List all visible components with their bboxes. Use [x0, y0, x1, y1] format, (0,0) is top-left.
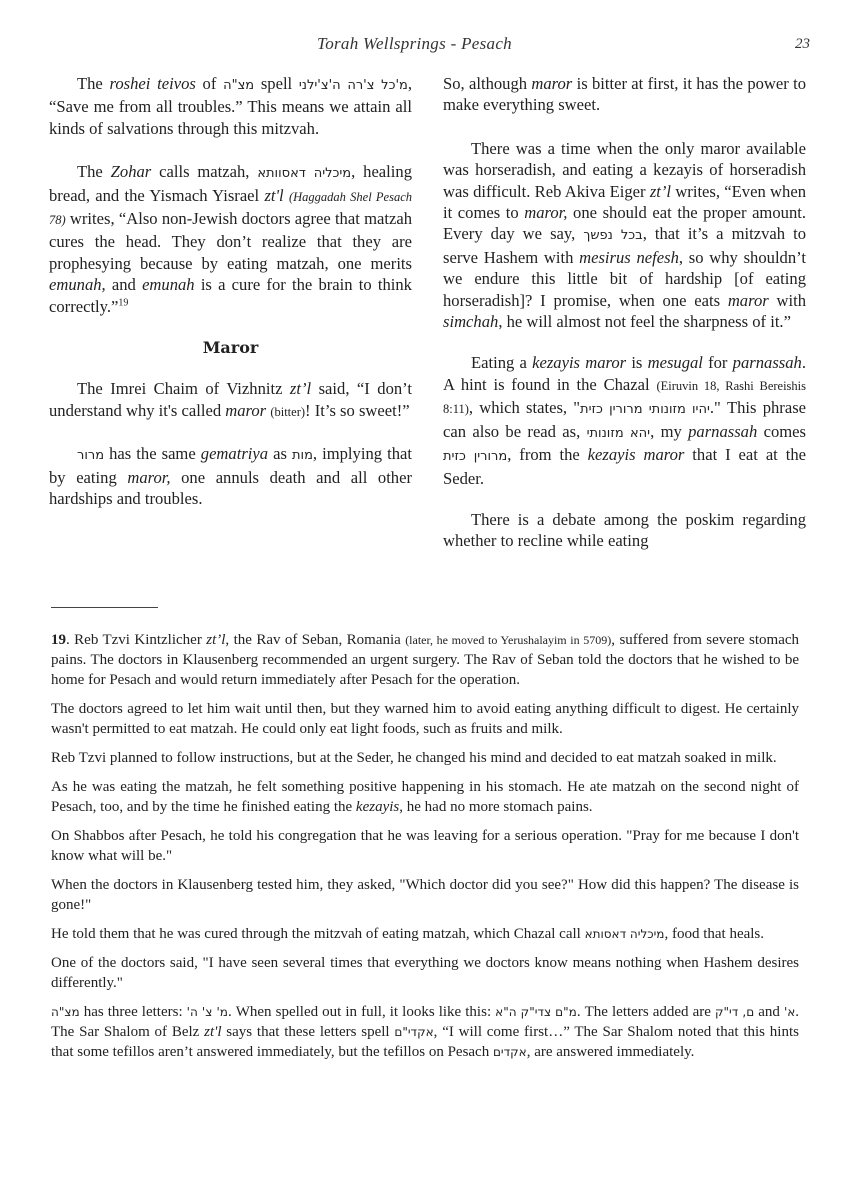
- hebrew-text: יהא מזונותי: [587, 426, 650, 441]
- footnote-paragraph: On Shabbos after Pesach, he told his con…: [51, 826, 799, 866]
- hebrew-text: אקדים: [493, 1045, 527, 1059]
- hebrew-text: ם, די"ק: [715, 1005, 754, 1019]
- paragraph-parnassah: Eating a kezayis maror is mesugal for pa…: [443, 352, 806, 488]
- hebrew-text: מרור: [77, 448, 104, 463]
- hebrew-text: א': [784, 1005, 795, 1019]
- paragraph-horseradish: There was a time when the only maror ava…: [443, 138, 806, 333]
- footnote-separator: [51, 607, 158, 608]
- paragraph-continuation: So, although maror is bitter at first, i…: [443, 73, 806, 116]
- footnote-paragraph: When the doctors in Klausenberg tested h…: [51, 875, 799, 915]
- paragraph-recline-debate: There is a debate among the poskim regar…: [443, 509, 806, 552]
- hebrew-text: מיכליה דאסוותא: [257, 166, 351, 181]
- right-column: So, although maror is bitter at first, i…: [443, 73, 806, 572]
- hebrew-text: מרורין כזית: [443, 449, 507, 464]
- footnote-paragraph: Reb Tzvi planned to follow instructions,…: [51, 748, 799, 768]
- footnote-number: 19: [51, 632, 66, 648]
- hebrew-text: מצ"ה: [51, 1005, 80, 1019]
- hebrew-text: מצ"ה: [223, 78, 254, 93]
- page-header: Torah Wellsprings - Pesach 23: [0, 34, 849, 56]
- running-title: Torah Wellsprings - Pesach: [0, 34, 829, 54]
- footnote-paragraph: מצ"ה has three letters: מ' צ' ה'. When s…: [51, 1002, 799, 1062]
- footnote-reference[interactable]: 19: [118, 297, 128, 308]
- footnote-paragraph: He told them that he was cured through t…: [51, 924, 799, 944]
- hebrew-text: מיכליה דאסותא: [585, 927, 665, 941]
- footnote-paragraph: As he was eating the matzah, he felt som…: [51, 777, 799, 817]
- hebrew-text: מ'כל צ'רה ה'צ'ילני: [299, 78, 408, 93]
- hebrew-text: מ' צ' ה': [187, 1005, 228, 1019]
- hebrew-text: מ"ם צדי"ק ה"א: [495, 1005, 577, 1019]
- paragraph-roshei-teivos: The roshei teivos of מצ"ה spell מ'כל צ'ר…: [49, 73, 412, 139]
- footnotes: 19. Reb Tzvi Kintzlicher zt’l, the Rav o…: [51, 630, 799, 1071]
- hebrew-text: בכל נפשך: [583, 228, 642, 243]
- hebrew-text: יהיו מזונותי מרורין כזית: [580, 402, 710, 417]
- paragraph-gematriya: מרור has the same gematriya as מות, impl…: [49, 443, 412, 509]
- hebrew-text: אקדי"ם: [394, 1025, 433, 1039]
- paragraph-imrei-chaim: The Imrei Chaim of Vizhnitz zt’l said, “…: [49, 378, 412, 423]
- page-number: 23: [795, 36, 810, 53]
- paragraph-zohar: The Zohar calls matzah, מיכליה דאסוותא, …: [49, 161, 412, 317]
- footnote-paragraph: One of the doctors said, "I have seen se…: [51, 953, 799, 993]
- left-column: The roshei teivos of מצ"ה spell מ'כל צ'ר…: [49, 73, 412, 530]
- footnote-paragraph: The doctors agreed to let him wait until…: [51, 699, 799, 739]
- hebrew-text: מות: [292, 448, 313, 463]
- footnote-19: 19. Reb Tzvi Kintzlicher zt’l, the Rav o…: [51, 630, 799, 690]
- section-heading-maror: Maror: [49, 337, 412, 358]
